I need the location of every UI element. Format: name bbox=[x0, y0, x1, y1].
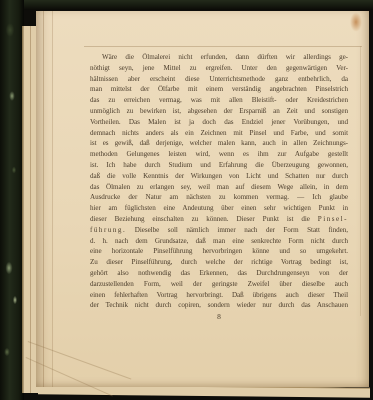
text-line: Vortheilen. Das Malen ist ja doch das En… bbox=[90, 117, 348, 128]
page-corner-stain bbox=[348, 9, 364, 35]
text-line: das Ölmalen zu erlangen sey, weil man au… bbox=[90, 182, 348, 193]
text-line: demnach nichts anders als ein Zeichnen m… bbox=[90, 128, 348, 139]
book-cover-top-edge bbox=[0, 0, 373, 10]
text-line: gehört also nothwendig das Erkennen, das… bbox=[90, 268, 348, 279]
text-line: führung. Dieselbe soll nämlich immer nac… bbox=[90, 225, 348, 236]
text-line: hier am füglichsten eine Andeutung über … bbox=[90, 203, 348, 214]
text-line: methoden Gelungenes leisten wird, wenn e… bbox=[90, 149, 348, 160]
book-cover-spine bbox=[0, 0, 24, 400]
text-line: darzustellenden Form, weil der geringste… bbox=[90, 279, 348, 290]
book-page: Wäre die Ölmalerei nicht erfunden, dann … bbox=[36, 11, 369, 387]
text-block: Wäre die Ölmalerei nicht erfunden, dann … bbox=[90, 52, 348, 311]
text-line: Ausdrucke der Natur am nächsten zu komme… bbox=[90, 192, 348, 203]
page-number: 8 bbox=[90, 312, 348, 322]
text-line: der Technik nicht durch copiren, sondern… bbox=[90, 300, 348, 311]
page-corner-crease bbox=[28, 341, 132, 380]
scanned-book-photo: Wäre die Ölmalerei nicht erfunden, dann … bbox=[0, 0, 373, 400]
text-line: das zu erreichen vermag, was mit allen B… bbox=[90, 95, 348, 106]
text-line: ist. Ich habe durch Studium und Erfahrun… bbox=[90, 160, 348, 171]
text-line: daß die volle Kenntnis der Wirkungen von… bbox=[90, 171, 348, 182]
text-line: einen fehlerhaften Vortrag hervorbringt.… bbox=[90, 290, 348, 301]
text-line: Wäre die Ölmalerei nicht erfunden, dann … bbox=[90, 52, 348, 63]
facing-page-impression-line bbox=[84, 46, 362, 47]
text-line: man mittelst der Ölfarbe mit einem verst… bbox=[90, 84, 348, 95]
text-line: ist es gewiß, daß derjenige, welcher mal… bbox=[90, 138, 348, 149]
text-line: eine horizontale Pinselführung hervorbri… bbox=[90, 246, 348, 257]
text-line: dieser Beziehung einschalten zu können. … bbox=[90, 214, 348, 225]
text-line: Zu dieser Pinselführung, durch welche de… bbox=[90, 257, 348, 268]
facing-page-impression-line-vertical bbox=[360, 46, 361, 316]
text-line: hältnissen aber erscheint diese Unterric… bbox=[90, 74, 348, 85]
text-line: d. h. nach dem Grundsatze, daß man eine … bbox=[90, 236, 348, 247]
text-line: unmöglich zu bewirken ist, abgesehen der… bbox=[90, 106, 348, 117]
text-line: nöthigt seyn, jene Mittel zu ergreifen. … bbox=[90, 63, 348, 74]
